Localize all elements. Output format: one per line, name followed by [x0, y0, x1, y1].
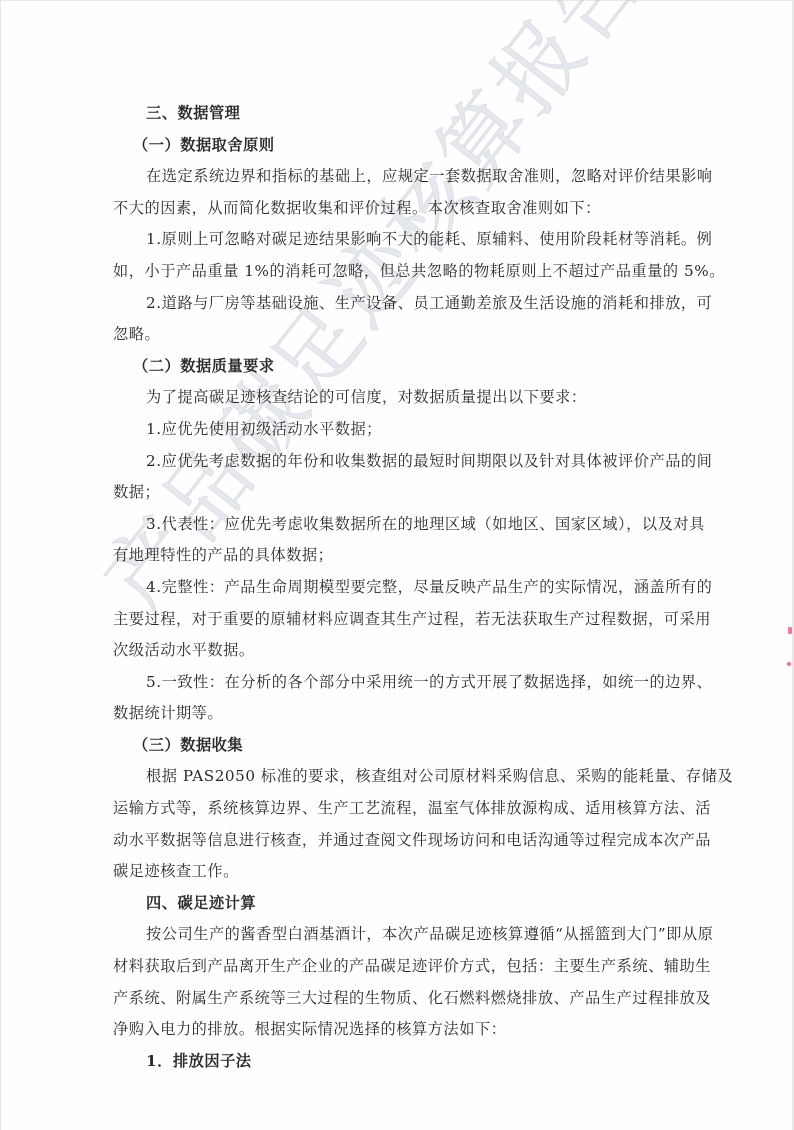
- paragraph-selection-intro: 在选定系统边界和指标的基础上，应规定一套数据取舍准则，忽略对评价结果影响 不大的…: [113, 161, 713, 224]
- text-line: 有地理特性的产品的具体数据；: [113, 540, 713, 572]
- paragraph-calculation-scope: 按公司生产的酱香型白酒基酒计，本次产品碳足迹核算遵循“从摇篮到大门”即从原 材料…: [113, 919, 713, 1045]
- paragraph-quality-intro: 为了提高碳足迹核查结论的可信度，对数据质量提出以下要求：: [113, 382, 713, 414]
- paragraph-quality-item-4: 4.完整性：产品生命周期模型要完整，尽量反映产品生产的实际情况，涵盖所有的 主要…: [113, 572, 713, 667]
- text-line: 运输方式等，系统核算边界、生产工艺流程，温室气体排放源构成、适用核算方法、活: [113, 793, 713, 825]
- text-line: 1.原则上可忽略对碳足迹结果影响不大的能耗、原辅料、使用阶段耗材等消耗。例: [113, 224, 713, 256]
- subsection-heading-data-selection: （一）数据取舍原则: [113, 130, 713, 162]
- paragraph-quality-item-1: 1.应优先使用初级活动水平数据；: [113, 414, 713, 446]
- paragraph-quality-item-3: 3.代表性：应优先考虑收集数据所在的地理区域（如地区、国家区域），以及对具 有地…: [113, 509, 713, 572]
- text-line: 3.代表性：应优先考虑收集数据所在的地理区域（如地区、国家区域），以及对具: [113, 509, 713, 541]
- text-line: 主要过程，对于重要的原辅材料应调查其生产过程，若无法获取生产过程数据，可采用: [113, 604, 713, 636]
- text-line: 4.完整性：产品生命周期模型要完整，尽量反映产品生产的实际情况，涵盖所有的: [113, 572, 713, 604]
- document-page: 产品碳足迹核算报告 三、数据管理 （一）数据取舍原则 在选定系统边界和指标的基础…: [0, 0, 794, 1130]
- text-line: 5.一致性：在分析的各个部分中采用统一的方式开展了数据选择，如统一的边界、: [113, 667, 713, 699]
- paragraph-selection-rule-1: 1.原则上可忽略对碳足迹结果影响不大的能耗、原辅料、使用阶段耗材等消耗。例 如，…: [113, 224, 713, 287]
- text-line: 如，小于产品重量 1%的消耗可忽略，但总共忽略的物耗原则上不超过产品重量的 5%…: [113, 256, 713, 288]
- text-line: 数据统计期等。: [113, 698, 713, 730]
- paragraph-quality-item-2: 2.应优先考虑数据的年份和收集数据的最短时间期限以及针对具体被评价产品的间 数据…: [113, 446, 713, 509]
- text-line: 根据 PAS2050 标准的要求，核查组对公司原材料采购信息、采购的能耗量、存储…: [113, 761, 713, 793]
- text-line: 按公司生产的酱香型白酒基酒计，本次产品碳足迹核算遵循“从摇篮到大门”即从原: [113, 919, 713, 951]
- paragraph-selection-rule-2: 2.道路与厂房等基础设施、生产设备、员工通勤差旅及生活设施的消耗和排放，可 忽略…: [113, 288, 713, 351]
- seal-edge-mark: [786, 661, 792, 667]
- text-line: 数据；: [113, 477, 713, 509]
- text-line: 净购入电力的排放。根据实际情况选择的核算方法如下：: [113, 1014, 713, 1046]
- paragraph-quality-item-5: 5.一致性：在分析的各个部分中采用统一的方式开展了数据选择，如统一的边界、 数据…: [113, 667, 713, 730]
- method-heading-emission-factor: 1．排放因子法: [113, 1046, 713, 1078]
- text-line: 2.道路与厂房等基础设施、生产设备、员工通勤差旅及生活设施的消耗和排放，可: [113, 288, 713, 320]
- paragraph-data-collection: 根据 PAS2050 标准的要求，核查组对公司原材料采购信息、采购的能耗量、存储…: [113, 761, 713, 887]
- section-heading-data-management: 三、数据管理: [113, 98, 713, 130]
- subsection-heading-data-quality: （二）数据质量要求: [113, 351, 713, 383]
- section-heading-carbon-footprint-calculation: 四、碳足迹计算: [113, 888, 713, 920]
- text-line: 碳足迹核查工作。: [113, 856, 713, 888]
- seal-edge-mark: [788, 627, 792, 634]
- document-body: 三、数据管理 （一）数据取舍原则 在选定系统边界和指标的基础上，应规定一套数据取…: [113, 98, 713, 1077]
- text-line: 动水平数据等信息进行核查，并通过查阅文件现场访问和电话沟通等过程完成本次产品: [113, 825, 713, 857]
- text-line: 次级活动水平数据。: [113, 635, 713, 667]
- text-line: 在选定系统边界和指标的基础上，应规定一套数据取舍准则，忽略对评价结果影响: [113, 161, 713, 193]
- text-line: 忽略。: [113, 319, 713, 351]
- text-line: 2.应优先考虑数据的年份和收集数据的最短时间期限以及针对具体被评价产品的间: [113, 446, 713, 478]
- text-line: 不大的因素，从而简化数据收集和评价过程。本次核查取舍准则如下：: [113, 193, 713, 225]
- text-line: 产系统、附属生产系统等三大过程的生物质、化石燃料燃烧排放、产品生产过程排放及: [113, 983, 713, 1015]
- subsection-heading-data-collection: （三）数据收集: [113, 730, 713, 762]
- text-line: 材料获取后到产品离开生产企业的产品碳足迹评价方式，包括：主要生产系统、辅助生: [113, 951, 713, 983]
